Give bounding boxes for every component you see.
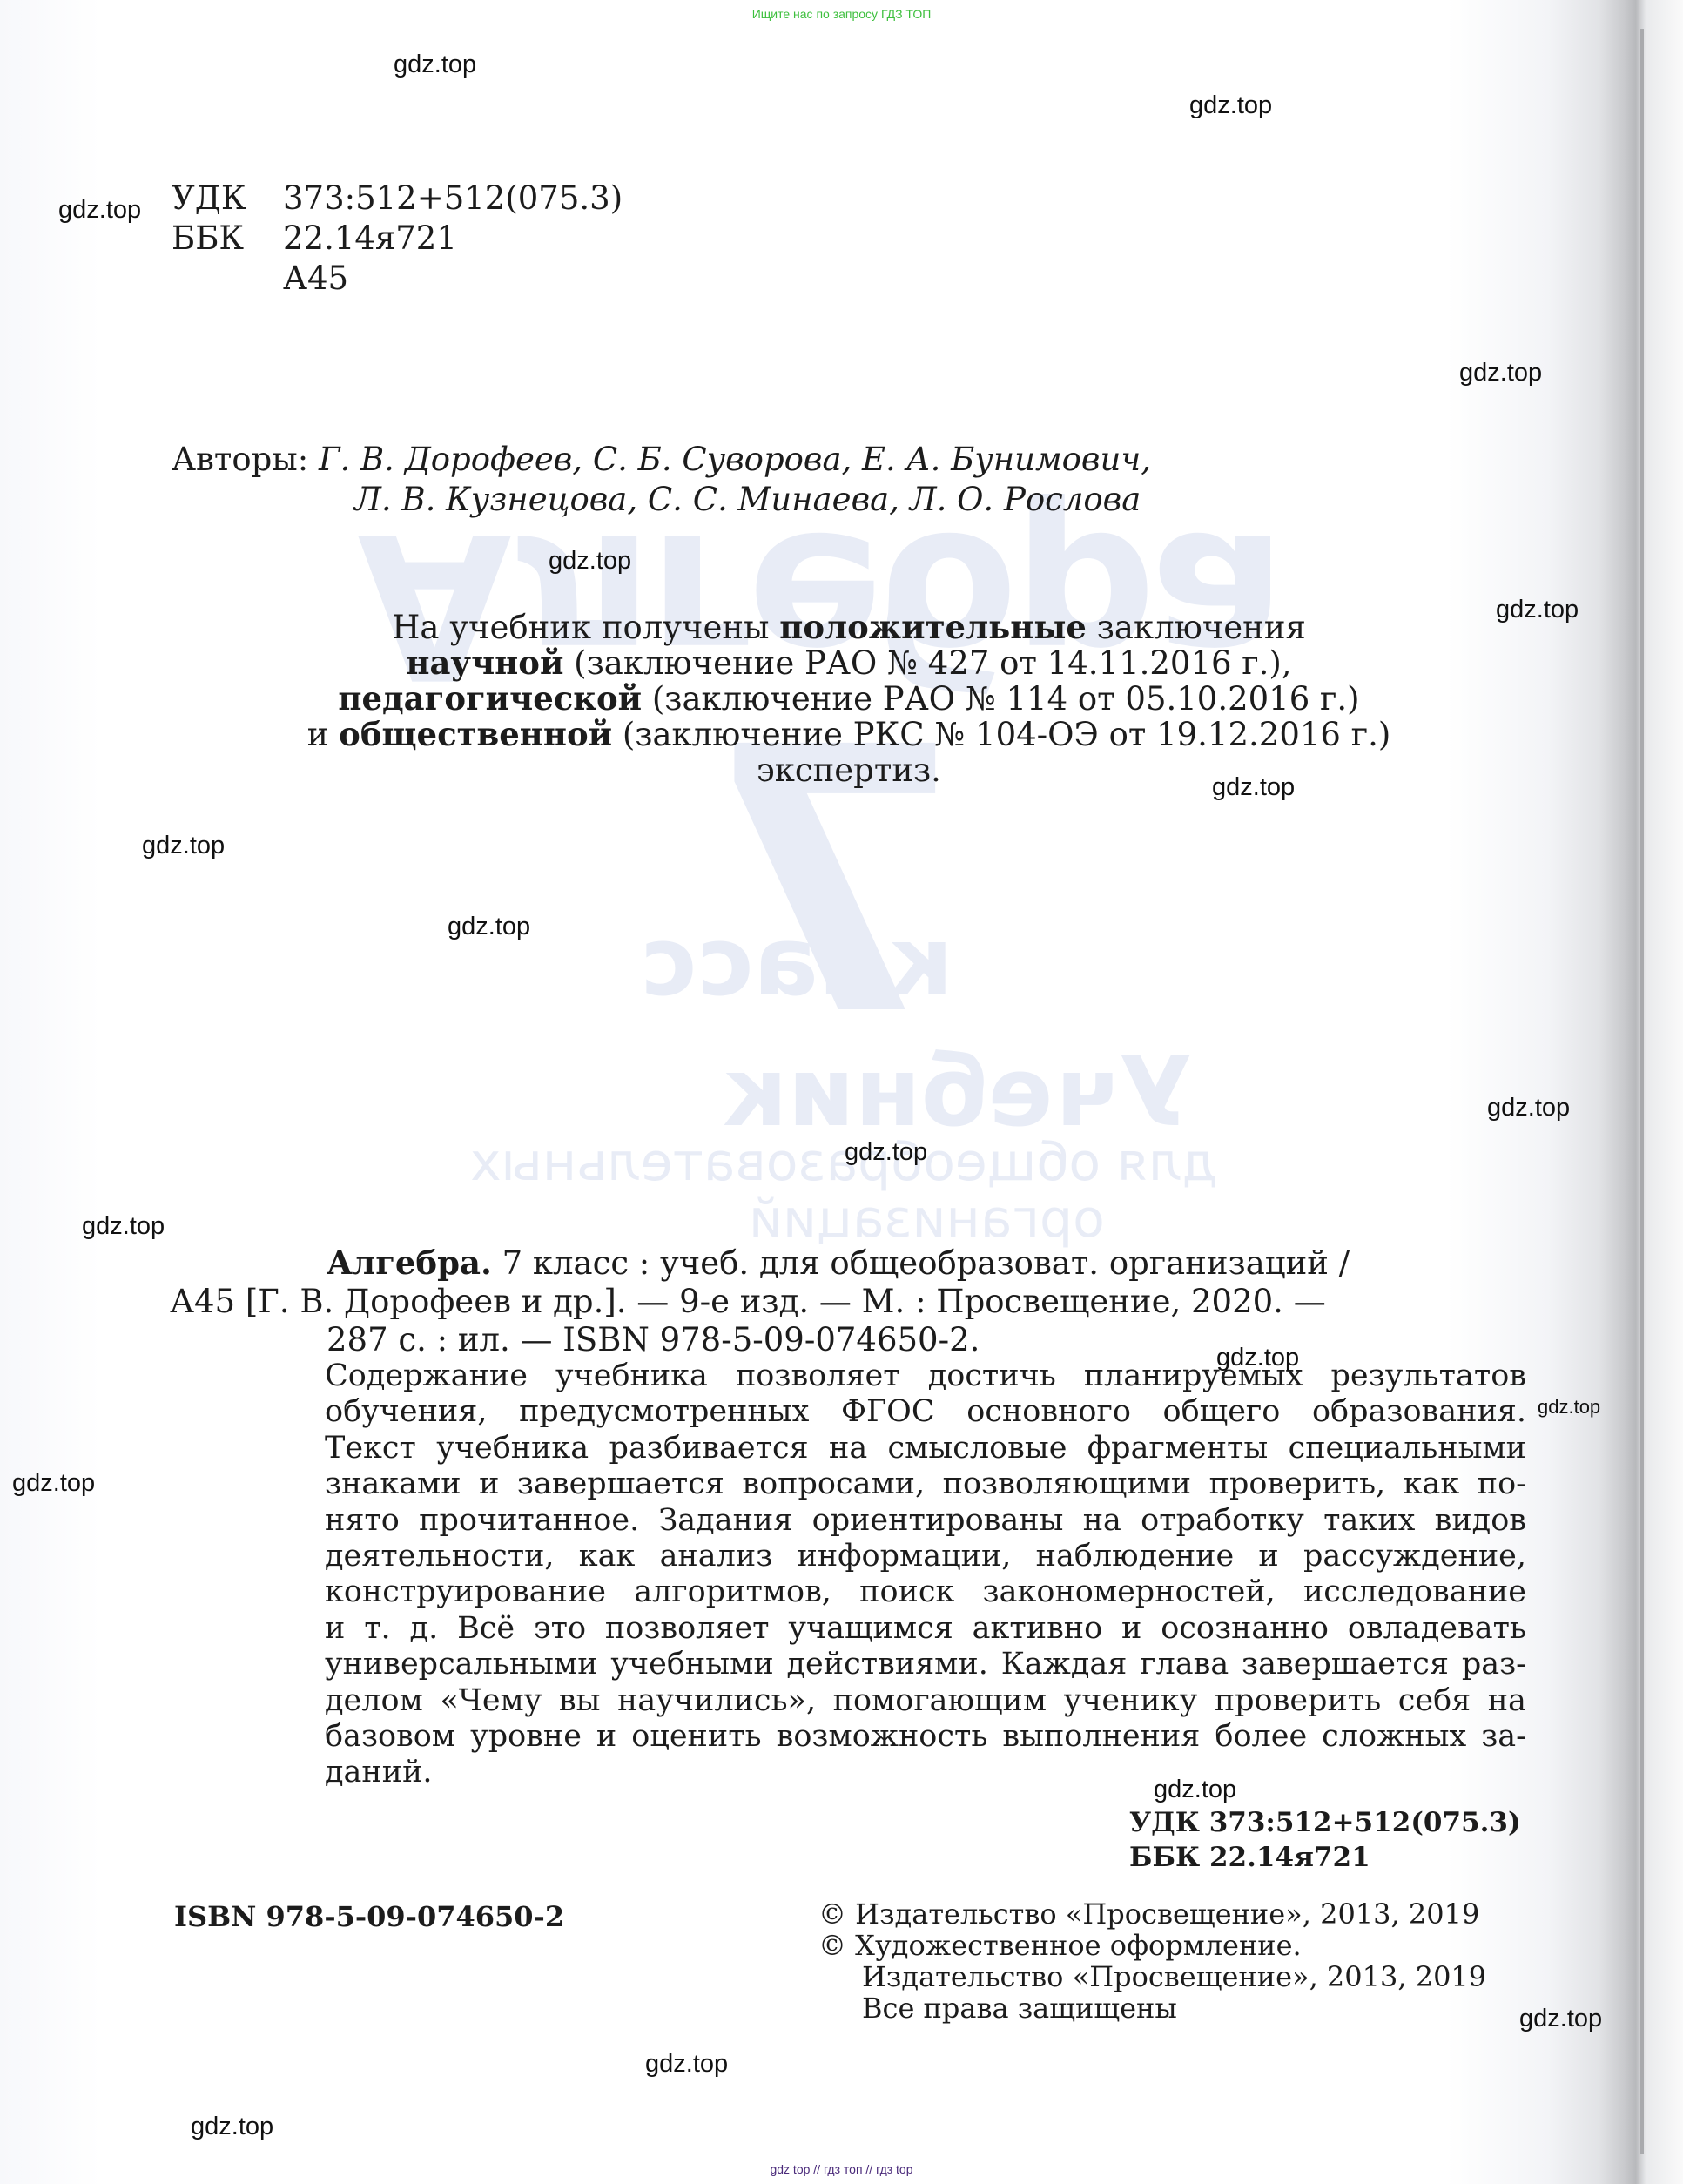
bbk-value: 22.14я721 — [283, 219, 457, 257]
annotation-line: конструирование алгоритмов, поиск законо… — [325, 1574, 1526, 1610]
annotation-line: обучения, предусмотренных ФГОС основного… — [325, 1394, 1526, 1430]
bottom-classification-codes: УДК 373:512+512(075.3) ББК 22.14я721 — [1129, 1805, 1521, 1875]
approvals-text: На учебник получены — [392, 609, 779, 646]
watermark-gdz-top: gdz.top — [1216, 1344, 1299, 1372]
author-mark: А45 — [172, 259, 623, 299]
watermark-gdz-top: gdz.top — [1154, 1776, 1236, 1804]
watermark-gdz-top: gdz.top — [394, 51, 476, 79]
watermark-gdz-top: gdz.top — [645, 2050, 728, 2079]
bottom-udk: УДК 373:512+512(075.3) — [1129, 1805, 1521, 1840]
authors-label: Авторы: — [172, 441, 308, 478]
classification-codes: УДК373:512+512(075.3) ББК22.14я721 А45 — [172, 179, 623, 299]
watermark-gdz-top: gdz.top — [12, 1469, 95, 1498]
approval-type-scientific: научной — [406, 644, 563, 682]
watermark-gdz-top: gdz.top — [1212, 773, 1295, 802]
watermark-gdz-top: gdz.top — [549, 547, 631, 576]
authors-block: Авторы: Г. В. Дорофеев, С. Б. Суворова, … — [172, 440, 1151, 520]
approval-scientific-details: (заключение РАО № 427 от 14.11.2016 г.), — [563, 644, 1291, 682]
annotation-line: Содержание учебника позволяет достичь пл… — [325, 1358, 1526, 1394]
catalog-line-2: А45 [Г. В. Дорофеев и др.]. — 9-е изд. —… — [170, 1283, 1528, 1321]
ghost-cover-for-line2: организаций — [749, 1189, 1105, 1250]
approvals-text: и — [307, 716, 339, 753]
approvals-block: На учебник получены положительные заключ… — [218, 610, 1480, 788]
catalog-entry: Алгебра. 7 класс : учеб. для общеобразов… — [170, 1244, 1528, 1359]
approval-pedagogical-details: (заключение РАО № 114 от 05.10.2016 г.) — [642, 680, 1359, 718]
authors-line-1: Г. В. Дорофеев, С. Б. Суворова, Е. А. Бу… — [319, 441, 1151, 478]
approval-type-pedagogical: педагогической — [338, 679, 642, 718]
catalog-title: Алгебра. — [327, 1244, 492, 1282]
watermark-gdz-top: gdz.top — [845, 1138, 927, 1167]
annotation-line: базовом уровне и оценить возможность вып… — [325, 1719, 1526, 1755]
udk-value: 373:512+512(075.3) — [283, 179, 623, 217]
approval-type-public: общественной — [339, 715, 612, 753]
approvals-text: заключения — [1087, 609, 1306, 646]
watermark-gdz-top: gdz.top — [1496, 596, 1579, 624]
watermark-gdz-top: gdz.top — [1189, 91, 1272, 120]
catalog-line-3: 287 с. : ил. — ISBN 978-5-09-074650-2. — [170, 1321, 1528, 1359]
copyright-line-3: Издательство «Просвещение», 2013, 2019 — [818, 1961, 1486, 1992]
watermark-gdz-top: gdz.top — [1538, 1396, 1600, 1419]
copyright-line-1: © Издательство «Просвещение», 2013, 2019 — [818, 1898, 1486, 1930]
approval-public-details: (заключение РКС № 104-ОЭ от 19.12.2016 г… — [612, 716, 1390, 753]
watermark-gdz-top: gdz.top — [448, 913, 530, 941]
bbk-label: ББК — [172, 219, 283, 259]
ghost-cover-grade-word: класс — [640, 906, 953, 1017]
bottom-bbk: ББК 22.14я721 — [1129, 1840, 1521, 1875]
watermark-gdz-top: gdz.top — [1459, 359, 1542, 388]
watermark-gdz-top: gdz.top — [58, 196, 141, 225]
approvals-emphasis: положительные — [779, 608, 1087, 646]
watermark-gdz-top: gdz.top — [142, 832, 225, 860]
annotation-line: даний. — [325, 1755, 1526, 1790]
watermark-gdz-top: gdz.top — [191, 2113, 273, 2141]
copyright-line-2: © Художественное оформление. — [818, 1930, 1486, 1961]
copyright-line-4: Все права защищены — [818, 1992, 1486, 2024]
annotation-line: делом «Чему вы научились», помогающим уч… — [325, 1683, 1526, 1719]
annotation-line: нято прочитанное. Задания ориентированы … — [325, 1503, 1526, 1539]
footer-banner[interactable]: gdz top // гдз топ // гдз top — [0, 2162, 1683, 2176]
annotation-line: деятельности, как анализ информации, наб… — [325, 1539, 1526, 1574]
watermark-gdz-top: gdz.top — [82, 1212, 165, 1241]
udk-label: УДК — [172, 179, 283, 219]
annotation-paragraph: Содержание учебника позволяет достичь пл… — [325, 1358, 1526, 1791]
watermark-gdz-top: gdz.top — [1487, 1094, 1570, 1122]
catalog-line-1: 7 класс : учеб. для общеобразоват. орган… — [492, 1244, 1350, 1282]
annotation-line: знаками и завершается вопросами, позволя… — [325, 1466, 1526, 1502]
copyright-block: © Издательство «Просвещение», 2013, 2019… — [818, 1898, 1486, 2024]
annotation-line: и т. д. Всё это позволяет учащимся актив… — [325, 1611, 1526, 1647]
annotation-line: Текст учебника разбивается на смысловые … — [325, 1431, 1526, 1466]
isbn: ISBN 978-5-09-074650-2 — [174, 1900, 564, 1933]
book-binding-edge — [1640, 29, 1644, 2154]
authors-line-2: Л. В. Кузнецова, С. С. Минаева, Л. О. Ро… — [172, 480, 1151, 520]
search-hint-banner[interactable]: Ищите нас по запросу ГДЗ ТОП — [0, 7, 1683, 21]
ghost-cover-type: Учебник — [723, 1036, 1192, 1148]
watermark-gdz-top: gdz.top — [1519, 2005, 1602, 2033]
annotation-line: универсальными учебными действиями. Кажд… — [325, 1647, 1526, 1682]
